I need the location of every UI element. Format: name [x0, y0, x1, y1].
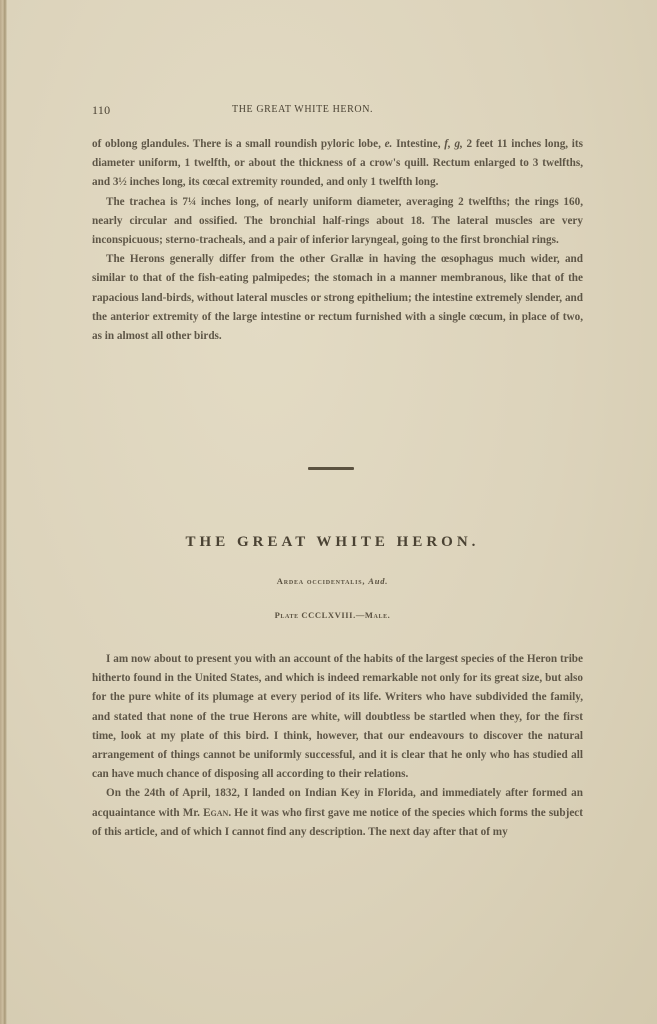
section-divider-rule — [308, 467, 354, 470]
species-name: Ardea occidentalis, Aud. — [0, 576, 657, 586]
page-number: 110 — [92, 103, 110, 118]
page-spine-edge — [0, 0, 7, 1024]
paragraph-text: Intestine, — [392, 138, 444, 150]
previous-article-continuation: of oblong glandules. There is a small ro… — [92, 135, 583, 346]
person-name: Egan — [203, 807, 228, 819]
paragraph-digestive-anatomy: of oblong glandules. There is a small ro… — [92, 135, 583, 193]
plate-label: Plate CCCLXVIII.—Male. — [0, 610, 657, 620]
book-page: 110 THE GREAT WHITE HERON. of oblong gla… — [0, 0, 657, 1024]
running-head: 110 THE GREAT WHITE HERON. — [92, 103, 570, 119]
paragraph-trachea: The trachea is 7¼ inches long, of nearly… — [92, 193, 583, 251]
running-title: THE GREAT WHITE HERON. — [232, 104, 373, 115]
species-author: Aud. — [368, 576, 388, 586]
paragraph-text: of oblong glandules. There is a small ro… — [92, 138, 385, 150]
figure-reference: f, g, — [444, 138, 463, 150]
paragraph-herons-comparison: The Herons generally differ from the oth… — [92, 250, 583, 346]
paragraph-introduction: I am now about to present you with an ac… — [92, 650, 583, 784]
paragraph-indian-key: On the 24th of April, 1832, I landed on … — [92, 784, 583, 842]
article-title: THE GREAT WHITE HERON. — [0, 534, 657, 551]
latin-name: Ardea occidentalis, — [277, 576, 366, 586]
article-body: I am now about to present you with an ac… — [92, 650, 583, 842]
